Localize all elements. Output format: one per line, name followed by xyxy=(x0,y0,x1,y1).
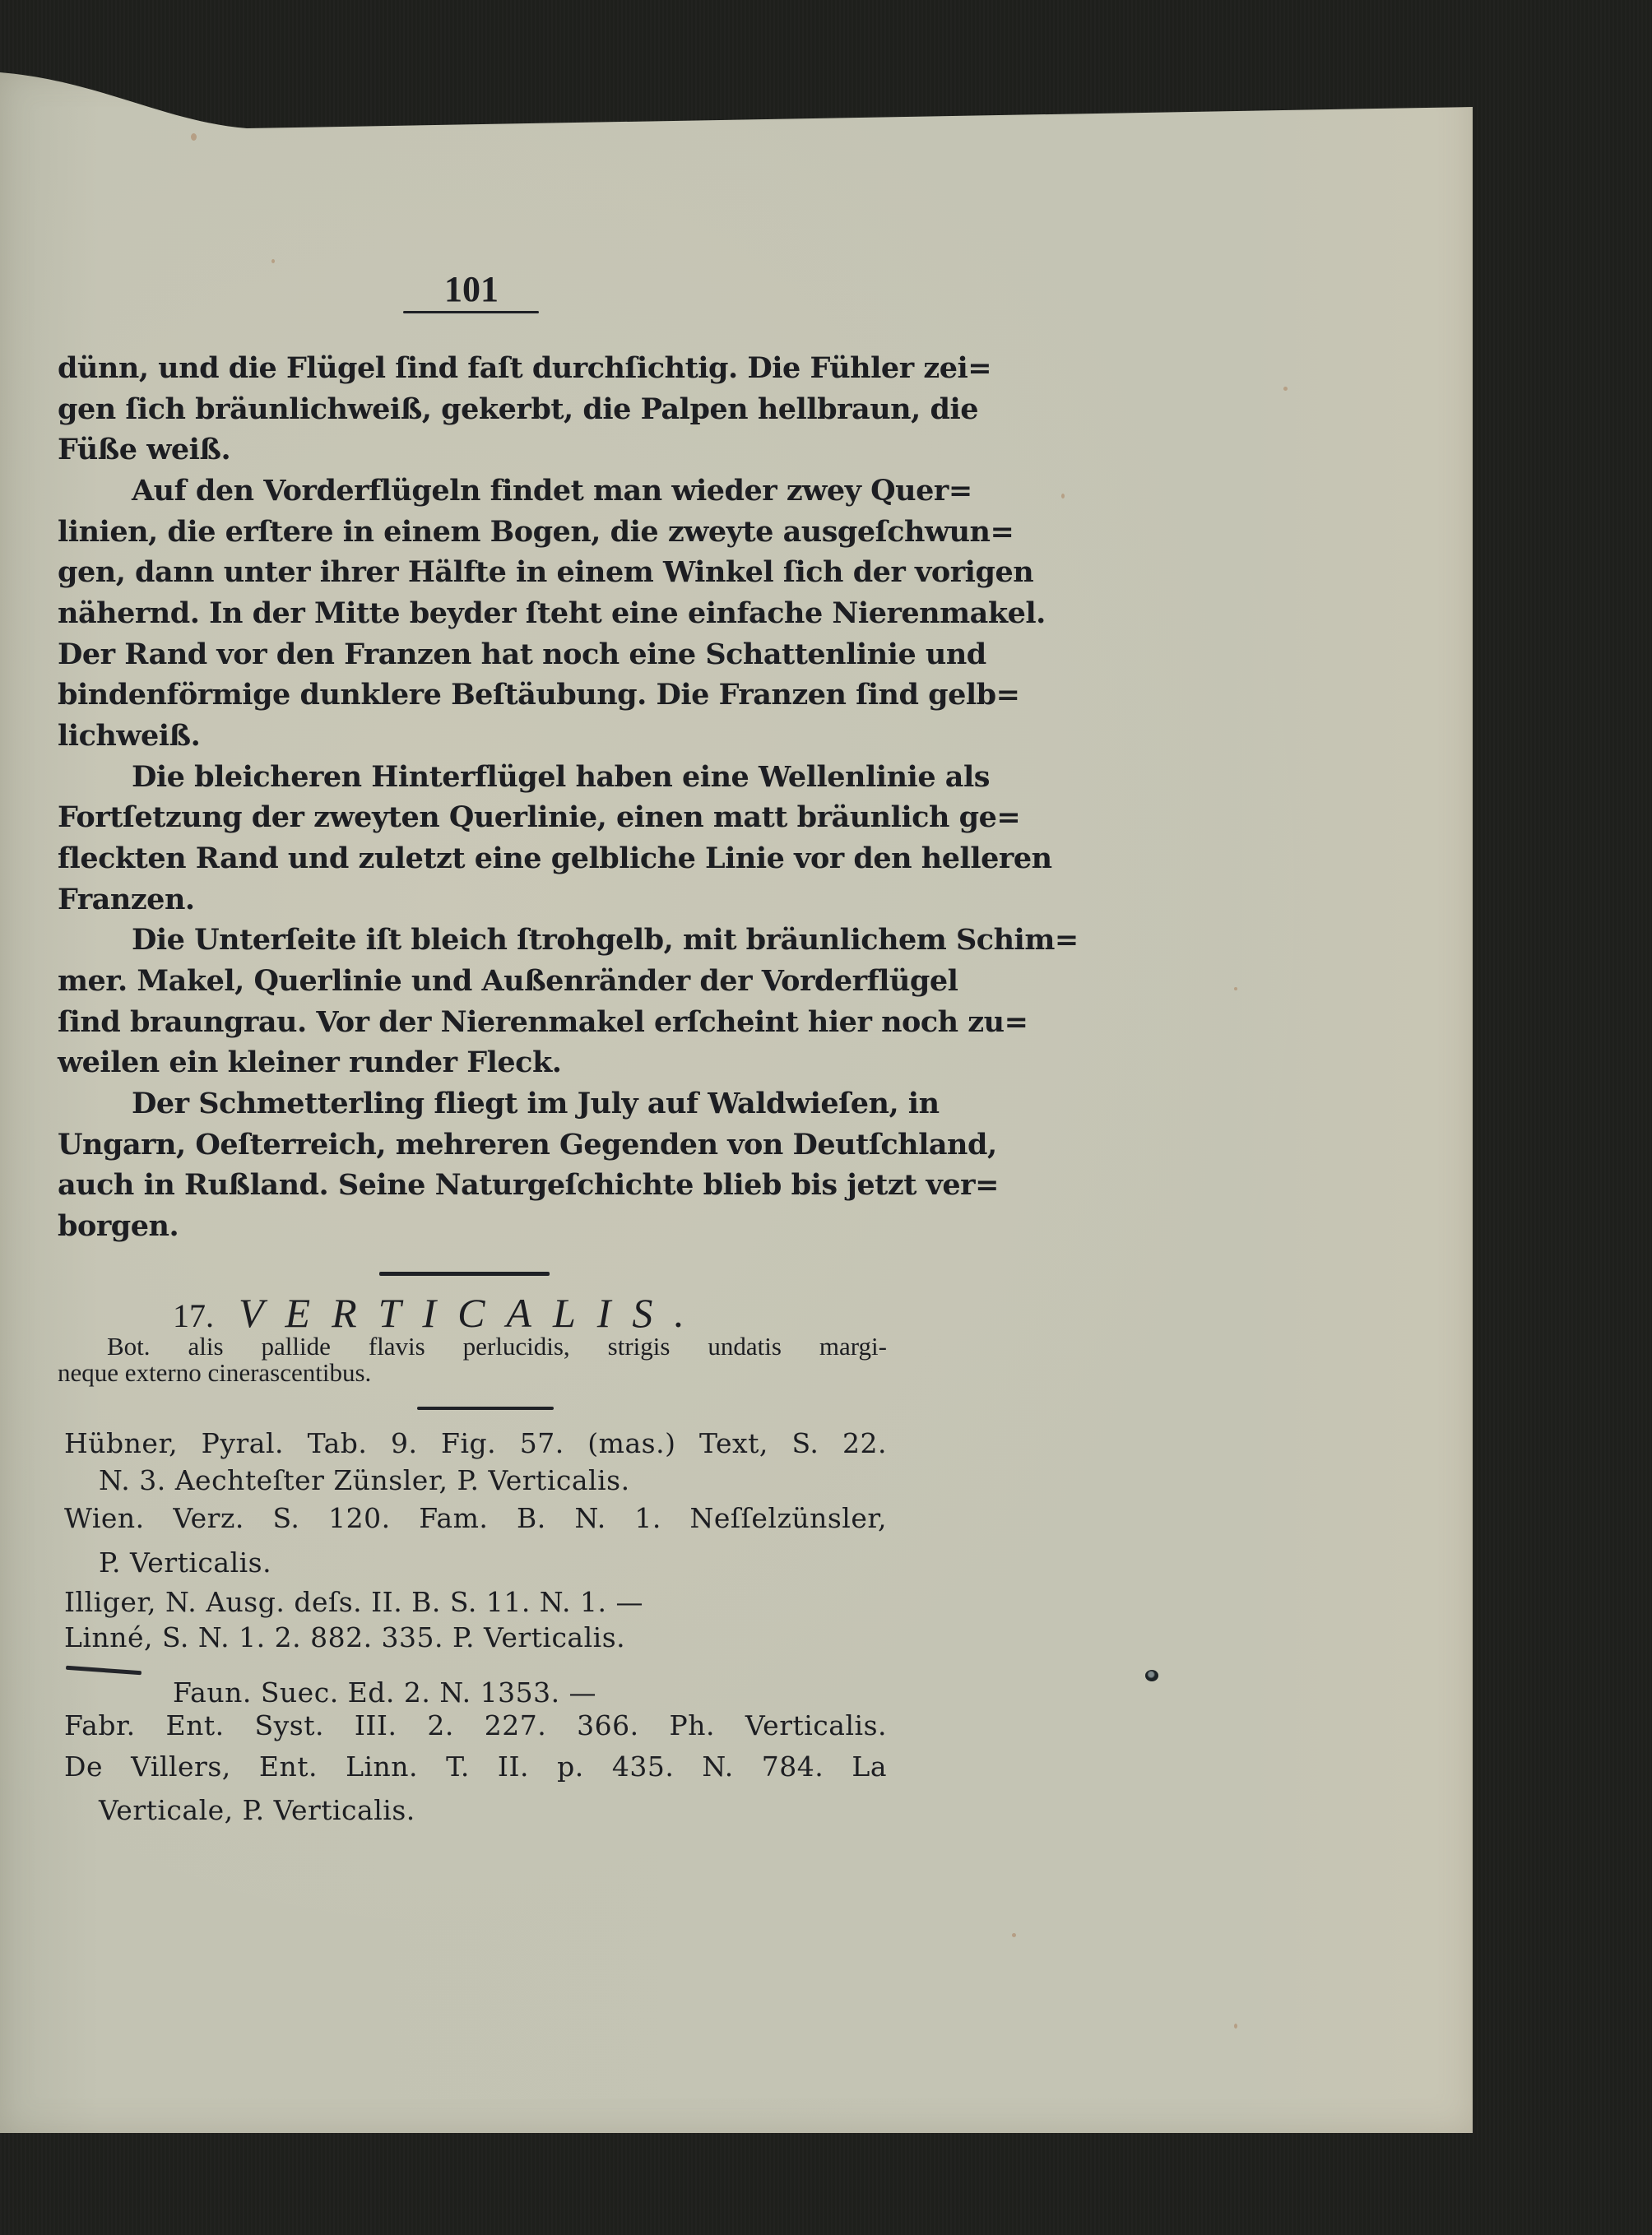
paper-speck xyxy=(1283,387,1288,391)
body-line: fleckten Rand und zuletzt eine gelbliche… xyxy=(58,842,887,875)
section-title: VERTICALIS. xyxy=(239,1290,706,1336)
paper-speck xyxy=(1061,494,1065,498)
body-line: dünn, und die Flügel ſind faſt durchſich… xyxy=(58,352,887,385)
body-line: mer. Makel, Querlinie und Außenränder de… xyxy=(58,965,887,998)
paper-speck xyxy=(271,259,275,263)
latin-diagnosis-line: Bot. alis pallide flavis perlucidis, str… xyxy=(107,1333,887,1361)
body-line: bindenförmige dunklere Beſtäubung. Die F… xyxy=(58,679,887,712)
body-line: Der Schmetterling fliegt im July auf Wal… xyxy=(132,1087,887,1120)
body-line: gen, dann unter ihrer Hälfte in einem Wi… xyxy=(58,556,887,589)
body-line: weilen ein kleiner runder Fleck. xyxy=(58,1046,887,1079)
reference-line: De Villers, Ent. Linn. T. II. p. 435. N.… xyxy=(64,1750,887,1783)
page-number-underline xyxy=(403,311,539,313)
body-line: borgen. xyxy=(58,1210,887,1243)
reference-line: Fabr. Ent. Syst. III. 2. 227. 366. Ph. V… xyxy=(64,1709,887,1742)
body-line: nähernd. In der Mitte beyder ſteht eine … xyxy=(58,597,887,630)
reference-separator-rule xyxy=(417,1407,554,1410)
reference-line: Wien. Verz. S. 120. Fam. B. N. 1. Neſſel… xyxy=(64,1502,887,1535)
paper-speck xyxy=(1234,2024,1237,2029)
body-line: Die bleicheren Hinterflügel haben eine W… xyxy=(132,761,887,794)
reference-line: Linné, S. N. 1. 2. 882. 335. P. Vertical… xyxy=(64,1621,887,1654)
reference-line: Faun. Suec. Ed. 2. N. 1353. — xyxy=(173,1676,856,1709)
reference-line: N. 3. Aechteſter Zünsler, P. Verticalis. xyxy=(99,1464,887,1497)
body-line: Ungarn, Oeſterreich, mehreren Gegenden v… xyxy=(58,1129,887,1162)
body-line: Der Rand vor den Franzen hat noch eine S… xyxy=(58,638,887,671)
body-line: Füße weiß. xyxy=(58,434,887,466)
body-line: Die Unterſeite iſt bleich ſtrohgelb, mit… xyxy=(132,924,887,957)
reference-line: Hübner, Pyral. Tab. 9. Fig. 57. (mas.) T… xyxy=(64,1427,887,1460)
body-line: Auf den Vorderflügeln findet man wieder … xyxy=(132,475,887,508)
reference-line: P. Verticalis. xyxy=(99,1546,887,1579)
body-line: auch in Rußland. Seine Naturgeſchichte b… xyxy=(58,1169,887,1202)
body-line: ſind braungrau. Vor der Nierenmakel erſc… xyxy=(58,1006,887,1039)
reference-line: Illiger, N. Ausg. deſs. II. B. S. 11. N.… xyxy=(64,1586,887,1619)
reference-line: Verticale, P. Verticalis. xyxy=(99,1794,887,1827)
body-line: Franzen. xyxy=(58,883,887,916)
page-number: 101 xyxy=(444,271,499,308)
paper-speck xyxy=(1234,987,1237,990)
body-line: lichweiß. xyxy=(58,720,887,753)
latin-diagnosis-line: neque externo cinerascentibus. xyxy=(58,1359,887,1387)
section-number: 17. xyxy=(173,1297,214,1334)
body-line: linien, die erſtere in einem Bogen, die … xyxy=(58,516,887,549)
section-separator-rule xyxy=(379,1272,550,1276)
paper-speck xyxy=(1012,1933,1016,1937)
body-line: gen ſich bräunlichweiß, gekerbt, die Pal… xyxy=(58,393,887,426)
body-line: Fortſetzung der zweyten Querlinie, einen… xyxy=(58,801,887,834)
ink-blot xyxy=(1145,1670,1158,1681)
paper-speck xyxy=(191,133,197,141)
